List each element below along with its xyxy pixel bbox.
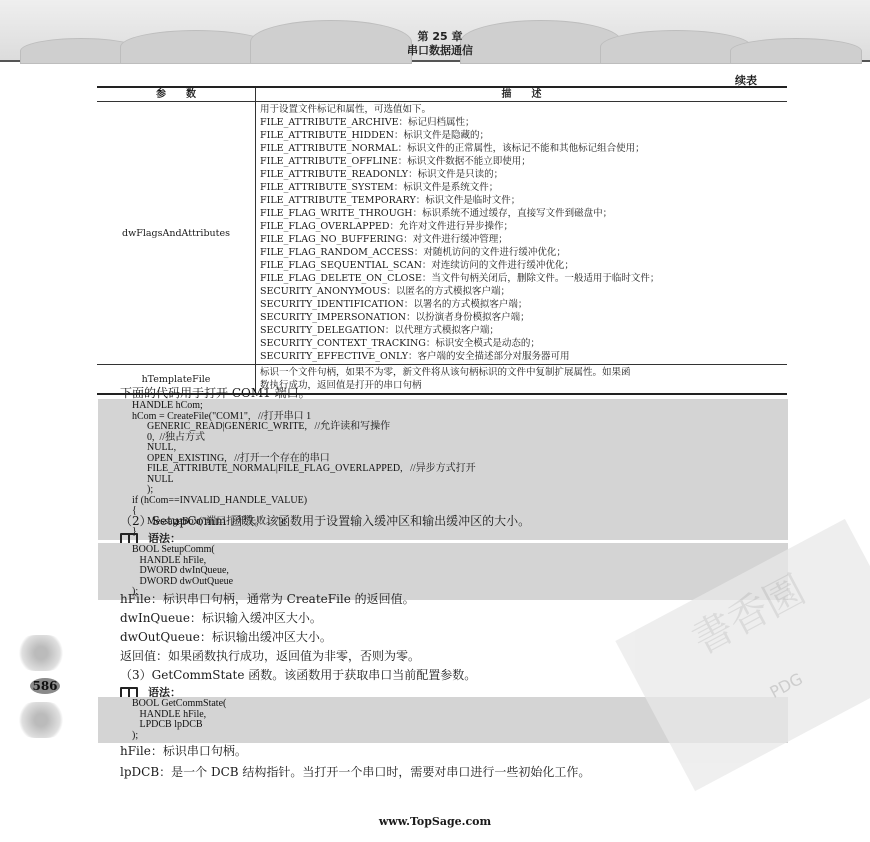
code-line: HANDLE hCom; bbox=[98, 401, 788, 412]
param-dwinqueue: dwInQueue：标识输入缓冲区大小。 bbox=[120, 609, 322, 626]
code-line: ); bbox=[98, 485, 788, 496]
description-line: FILE_ATTRIBUTE_READONLY：标识文件是只读的； bbox=[260, 168, 783, 181]
param-hfile: hFile：标识串口句柄，通常为 CreateFile 的返回值。 bbox=[120, 590, 415, 607]
description-line: FILE_FLAG_NO_BUFFERING：对文件进行缓冲管理； bbox=[260, 233, 783, 246]
description-line: FILE_FLAG_WRITE_THROUGH：标识系统不通过缓存，直接写文件到… bbox=[260, 207, 783, 220]
description-line: FILE_ATTRIBUTE_TEMPORARY：标识文件是临时文件； bbox=[260, 194, 783, 207]
description-line: SECURITY_DELEGATION：以代理方式模拟客户端； bbox=[260, 324, 783, 337]
code-line: DWORD dwInQueue, bbox=[98, 566, 788, 577]
return-value: 返回值：如果函数执行成功，返回值为非零，否则为零。 bbox=[120, 647, 420, 664]
description-line: FILE_FLAG_OVERLAPPED：允许对文件进行异步操作； bbox=[260, 220, 783, 233]
description-line: FILE_FLAG_SEQUENTIAL_SCAN：对连续访问的文件进行缓冲优化… bbox=[260, 259, 783, 272]
dragon-ornament-icon bbox=[15, 702, 67, 738]
chapter-number: 第 25 章 bbox=[385, 30, 495, 44]
description-line: FILE_ATTRIBUTE_NORMAL：标识文件的正常属性，该标记不能和其他… bbox=[260, 142, 783, 155]
description-line: SECURITY_EFFECTIVE_ONLY：客户端的安全描述部分对服务器可用 bbox=[260, 350, 783, 363]
page-number: 586 bbox=[30, 678, 60, 694]
description-line: SECURITY_CONTEXT_TRACKING：标识安全模式是动态的； bbox=[260, 337, 783, 350]
description-line: SECURITY_IDENTIFICATION：以署名的方式模拟客户端； bbox=[260, 298, 783, 311]
description-line: FILE_FLAG_RANDOM_ACCESS：对随机访问的文件进行缓冲优化； bbox=[260, 246, 783, 259]
column-header-description: 描 述 bbox=[256, 87, 788, 102]
code-line: NULL bbox=[98, 475, 788, 486]
description-line: FILE_ATTRIBUTE_SYSTEM：标识文件是系统文件； bbox=[260, 181, 783, 194]
description-line: SECURITY_IMPERSONATION：以扮演者身份模拟客户端； bbox=[260, 311, 783, 324]
code-line: FILE_ATTRIBUTE_NORMAL|FILE_FLAG_OVERLAPP… bbox=[98, 464, 788, 475]
chapter-header-band: 第 25 章 串口数据通信 bbox=[0, 0, 870, 62]
table-row: dwFlagsAndAttributes 用于设置文件标记和属性，可选值如下。F… bbox=[97, 102, 787, 365]
chapter-name: 串口数据通信 bbox=[385, 44, 495, 58]
param-lpdcb: lpDCB：是一个 DCB 结构指针。当打开一个串口时，需要对串口进行一些初始化… bbox=[120, 763, 590, 780]
page-sidebar: 586 bbox=[0, 630, 80, 760]
param-description: 标识一个文件句柄，如果不为零，新文件将从该句柄标识的文件中复制扩展属性。如果函数… bbox=[256, 365, 788, 395]
code-line: GENERIC_READ|GENERIC_WRITE, //允许读和写操作 bbox=[98, 422, 788, 433]
param-name: dwFlagsAndAttributes bbox=[97, 102, 256, 365]
param-hfile-getcommstate: hFile：标识串口句柄。 bbox=[120, 742, 247, 759]
column-header-param: 参 数 bbox=[97, 87, 256, 102]
code-line: if (hCom==INVALID_HANDLE_VALUE) bbox=[98, 496, 788, 507]
description-line: FILE_ATTRIBUTE_HIDDEN：标识文件是隐藏的； bbox=[260, 129, 783, 142]
description-line: 标识一个文件句柄，如果不为零，新文件将从该句柄标识的文件中复制扩展属性。如果函 bbox=[260, 366, 783, 379]
param-dwoutqueue: dwOutQueue：标识输出缓冲区大小。 bbox=[120, 628, 332, 645]
footer-site: www.TopSage.com bbox=[0, 815, 870, 828]
code-line: DWORD dwOutQueue bbox=[98, 577, 788, 588]
wave-ornament bbox=[730, 38, 862, 64]
heading-setupcomm: （2）SetupComm 函数。该函数用于设置输入缓冲区和输出缓冲区的大小。 bbox=[120, 512, 530, 529]
description-line: 数执行成功，返回值是打开的串口句柄 bbox=[260, 379, 783, 392]
param-description: 用于设置文件标记和属性，可选值如下。FILE_ATTRIBUTE_ARCHIVE… bbox=[256, 102, 788, 365]
dragon-ornament-icon bbox=[15, 635, 67, 671]
description-line: SECURITY_ANONYMOUS：以匿名的方式模拟客户端； bbox=[260, 285, 783, 298]
code-line: NULL, bbox=[98, 443, 788, 454]
code-line: BOOL SetupComm( bbox=[98, 545, 788, 556]
description-line: FILE_ATTRIBUTE_ARCHIVE：标记归档属性； bbox=[260, 116, 783, 129]
parameter-table: 参 数 描 述 dwFlagsAndAttributes 用于设置文件标记和属性… bbox=[97, 86, 787, 395]
description-line: FILE_ATTRIBUTE_OFFLINE：标识文件数据不能立即使用； bbox=[260, 155, 783, 168]
description-line: FILE_FLAG_DELETE_ON_CLOSE：当文件句柄关闭后，删除文件。… bbox=[260, 272, 783, 285]
code-line: 0, //独占方式 bbox=[98, 433, 788, 444]
chapter-title: 第 25 章 串口数据通信 bbox=[385, 30, 495, 58]
description-line: 用于设置文件标记和属性，可选值如下。 bbox=[260, 103, 783, 116]
heading-getcommstate: （3）GetCommState 函数。该函数用于获取串口当前配置参数。 bbox=[120, 666, 476, 683]
